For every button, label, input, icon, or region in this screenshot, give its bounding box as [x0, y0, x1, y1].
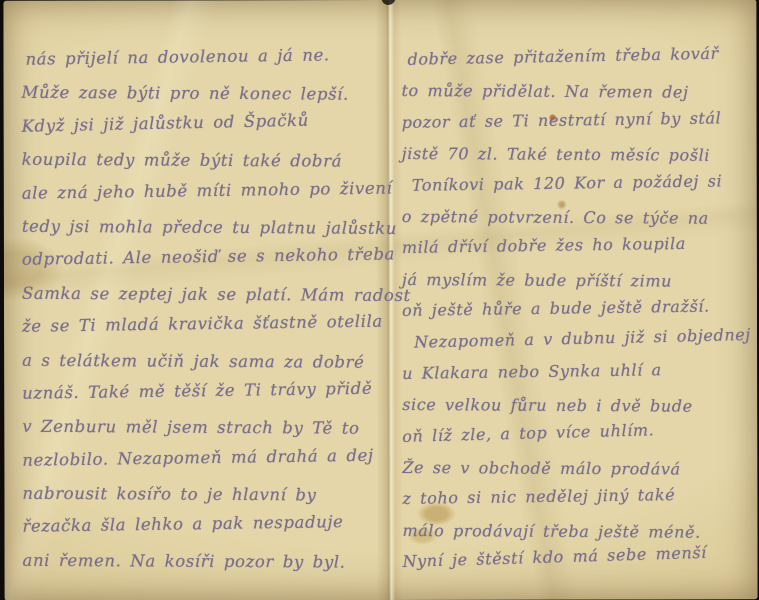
handwritten-line: ani řemen. Na kosíři pozor by byl. [22, 544, 378, 579]
handwritten-line: z toho si nic nedělej jiný také [402, 478, 754, 514]
handwritten-line: že se Ti mladá kravička šťastně otelila [22, 305, 378, 343]
handwritten-line: řezačka šla lehko a pak nespaduje [22, 505, 378, 543]
handwritten-line: dobře zase přitažením třeba kovář [401, 37, 754, 75]
handwritten-line: milá dříví dobře žes ho koupila [402, 227, 754, 263]
handwritten-line: nezlobilo. Nezapomeň má drahá a dej [22, 438, 378, 476]
letter-right-page: dobře zase přitažením třeba kovář to můž… [401, 43, 754, 577]
letter-scan: nás přijelí na dovolenou a já ne. Může z… [0, 0, 759, 600]
handwritten-line: odprodati. Ale neošiď se s nekoho třeba [22, 238, 378, 276]
letter-paper: nás přijelí na dovolenou a já ne. Může z… [3, 0, 757, 600]
handwritten-line: uznáš. Také mě těší že Ti trávy přidě [22, 372, 378, 410]
letter-left-page: nás přijelí na dovolenou a já ne. Může z… [21, 42, 378, 577]
handwritten-line: ale zná jeho hubě míti mnoho po živení [22, 171, 378, 209]
handwritten-line: Toníkovi pak 120 Kor a požádej si [402, 164, 754, 200]
handwritten-line: u Klakara nebo Synka uhlí a [402, 353, 754, 389]
handwritten-line: nás přijelí na dovolenou a já ne. [21, 38, 377, 76]
handwritten-line: Když jsi již jalůstku od Špačků [21, 102, 378, 143]
handwritten-line: pozor ať se Ti nestratí nyní by stál [401, 102, 753, 138]
